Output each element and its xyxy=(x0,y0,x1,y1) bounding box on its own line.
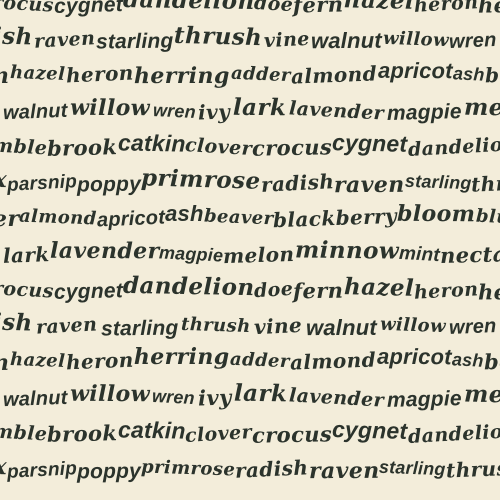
handwritten-word: magpie xyxy=(386,101,461,124)
handwritten-word: catkin xyxy=(117,132,185,156)
handwritten-word: primrose xyxy=(141,167,261,194)
handwritten-word: mint xyxy=(398,244,440,265)
handwritten-word: mel xyxy=(464,96,500,120)
handwritten-word: starling xyxy=(96,31,174,53)
handwritten-word: ivy xyxy=(197,387,231,409)
handwritten-word: rocus xyxy=(0,279,54,301)
handwritten-word: fern xyxy=(293,280,344,302)
handwritten-word: willow xyxy=(70,96,150,118)
handwritten-word: minnow xyxy=(295,239,399,263)
handwritten-word: lavender xyxy=(50,240,160,263)
handwritten-word: walnut xyxy=(310,30,381,53)
script-row: larklavendermagpiemelonminnowmintnectaro… xyxy=(0,242,500,278)
handwritten-word: lark xyxy=(3,244,50,266)
handwritten-word: magpie xyxy=(159,243,224,264)
script-row: mblebrookcatkinclovercrocuscygnetdandeli… xyxy=(0,421,500,457)
handwritten-word: dandelion xyxy=(407,135,500,160)
handwritten-word: dandelion xyxy=(122,274,254,299)
handwritten-word: ish xyxy=(0,24,33,48)
handwritten-word: clover xyxy=(185,423,253,446)
handwritten-word: ivy xyxy=(198,101,231,122)
handwritten-word: thrush xyxy=(471,171,500,194)
script-row: mblebrookcatkinclovercrocuscygnetdandeli… xyxy=(0,134,500,170)
handwritten-word: mble xyxy=(0,136,48,158)
handwritten-word: poppy xyxy=(77,461,141,483)
handwritten-word: mel xyxy=(464,382,500,406)
handwritten-word: herring xyxy=(478,0,500,16)
handwritten-word: apricot xyxy=(97,207,166,230)
handwritten-word: radish xyxy=(260,171,334,195)
handwritten-word: lavender xyxy=(289,386,385,410)
handwritten-word: vine xyxy=(254,315,303,337)
handwritten-word: be xyxy=(484,350,500,372)
handwritten-word: walnut xyxy=(306,317,377,339)
handwritten-word: starling xyxy=(404,172,471,192)
handwritten-word: lark xyxy=(233,382,287,406)
handwritten-word: n xyxy=(0,352,9,374)
handwritten-word: thrush xyxy=(446,458,500,481)
handwritten-word: thrush xyxy=(174,24,263,49)
handwritten-word: raven xyxy=(33,29,95,51)
handwritten-word: n xyxy=(0,65,10,87)
handwritten-word: adder xyxy=(230,64,290,84)
handwritten-word: wren xyxy=(449,316,497,338)
handwritten-word: lavender xyxy=(288,100,384,124)
handwritten-word: hazel xyxy=(10,64,66,84)
script-row: rocuscygnetdandeliondoefernhazelheronher… xyxy=(0,0,500,27)
handwritten-word: herring xyxy=(134,346,230,368)
handwritten-word: primrose xyxy=(141,458,236,479)
handwritten-word: crocus xyxy=(252,137,333,160)
handwritten-word: cygnet xyxy=(54,280,123,303)
handwritten-word: beaver xyxy=(203,207,273,228)
script-row: walnutwillowwrenivylarklavendermagpiemel xyxy=(0,385,500,421)
handwritten-word: heron xyxy=(65,350,133,373)
handwritten-word: willow xyxy=(380,316,447,336)
handwritten-word: poppy xyxy=(77,174,141,196)
handwritten-word: cygnet xyxy=(332,418,408,443)
handwritten-word: blueb xyxy=(475,208,500,229)
handwritten-word: cygnet xyxy=(53,0,122,17)
handwritten-word: almond xyxy=(291,63,378,86)
handwritten-word: walnut xyxy=(3,101,68,123)
handwritten-word: walnut xyxy=(3,388,68,410)
handwritten-word: almond xyxy=(290,350,377,373)
script-row: eralmondapricotashbeaverblackberrybloomb… xyxy=(0,206,500,242)
handwritten-word: brook xyxy=(47,136,118,159)
handwritten-word: hazel xyxy=(10,351,66,371)
handwritten-word: ish xyxy=(0,311,33,335)
handwritten-word: raven xyxy=(309,460,380,482)
handwritten-word: bloom xyxy=(397,203,475,225)
handwritten-word: heron xyxy=(66,63,135,86)
handwritten-word: er xyxy=(0,208,19,230)
script-row: walnutwillowwrenivylarklavendermagpiemel xyxy=(0,98,500,134)
handwritten-word: raven xyxy=(36,316,98,338)
handwritten-word: hazel xyxy=(344,275,415,300)
handwritten-word: parsnip xyxy=(7,172,78,195)
pattern-swatch: rocuscygnetdandeliondoefernhazelheronher… xyxy=(0,0,500,500)
handwritten-word: hazel xyxy=(344,0,415,13)
handwritten-word: brook xyxy=(47,423,118,446)
handwritten-word: mble xyxy=(0,423,48,445)
handwritten-word: apricot xyxy=(378,60,453,82)
script-row: rocuscygnetdandeliondoefernhazelheronher… xyxy=(0,277,500,313)
handwritten-word: cygnet xyxy=(332,132,408,157)
handwritten-word: almond xyxy=(19,207,97,228)
handwritten-word: fern xyxy=(293,0,344,16)
handwritten-word: dandelion xyxy=(122,0,254,13)
handwritten-word: magpie xyxy=(387,388,462,411)
handwritten-word: lark xyxy=(233,96,287,120)
handwritten-word: dandelion xyxy=(407,422,500,447)
handwritten-word: rocus xyxy=(0,0,54,15)
handwritten-word: doe xyxy=(254,0,294,15)
handwritten-word: melon xyxy=(223,244,295,266)
handwritten-word: wren xyxy=(152,101,196,121)
handwritten-word: crocus xyxy=(252,423,332,445)
handwritten-word: catkin xyxy=(117,418,185,442)
handwritten-word: starling xyxy=(100,317,178,339)
handwritten-word: herring xyxy=(478,280,500,302)
handwritten-word: be xyxy=(485,65,500,86)
handwritten-word: ash xyxy=(165,203,204,225)
handwritten-word: blackberry xyxy=(273,206,398,231)
handwritten-word: willow xyxy=(70,383,150,406)
handwritten-word: wren xyxy=(449,30,497,52)
handwritten-word: starling xyxy=(379,458,446,479)
script-row: xparsnippoppyprimroseradishravenstarling… xyxy=(0,456,500,492)
handwritten-word: herring xyxy=(134,65,230,87)
handwritten-word: heron xyxy=(413,0,478,16)
handwritten-word: willow xyxy=(382,29,449,49)
handwritten-word: radish xyxy=(235,457,309,480)
handwritten-word: heron xyxy=(413,280,478,302)
handwritten-word: ash xyxy=(452,351,484,371)
handwritten-word: doe xyxy=(254,280,294,301)
handwritten-word: vine xyxy=(263,30,310,51)
handwritten-word: apricot xyxy=(377,346,452,369)
handwritten-word: ash xyxy=(453,64,485,83)
handwritten-word: raven xyxy=(334,173,405,195)
handwritten-word: clover xyxy=(185,136,253,159)
handwritten-word: thrush xyxy=(181,316,251,336)
handwritten-word: nectar xyxy=(439,243,500,266)
handwritten-word: wren xyxy=(152,387,196,407)
handwritten-word: adder xyxy=(230,351,291,372)
handwritten-word: parsnip xyxy=(7,459,78,482)
